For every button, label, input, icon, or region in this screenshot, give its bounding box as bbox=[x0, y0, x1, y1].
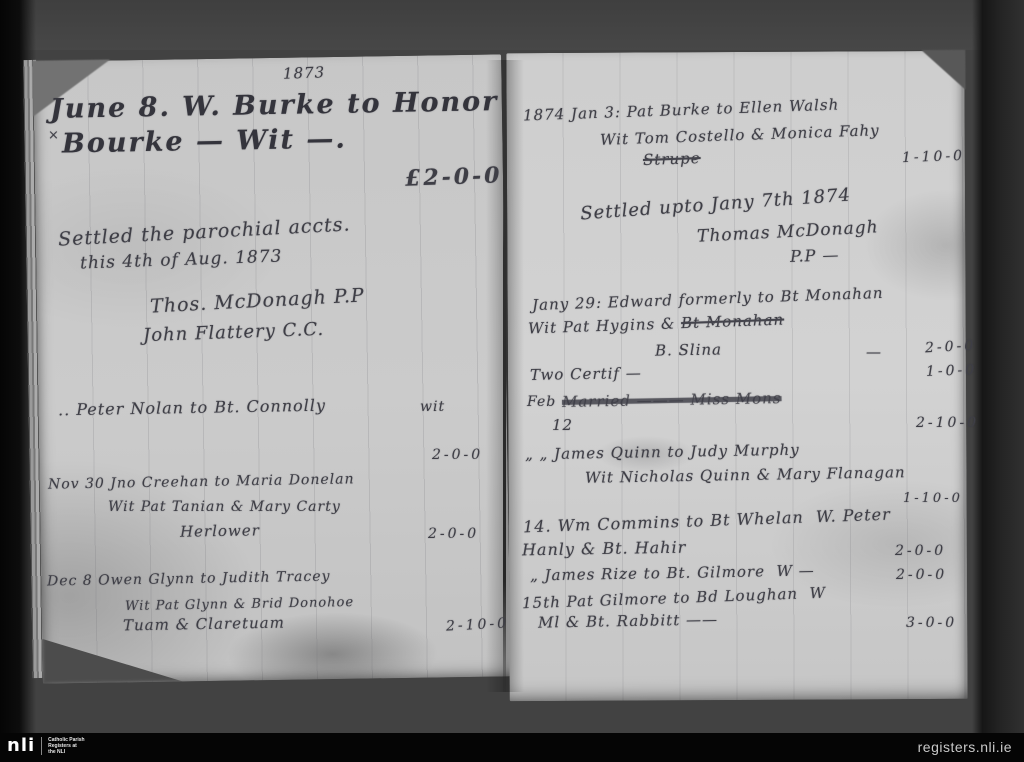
entry-line: Two Certif — bbox=[530, 364, 642, 384]
cross-mark: × bbox=[48, 128, 60, 143]
witness-abbrev: wit bbox=[420, 399, 445, 415]
fee-amount: 1-10-0 bbox=[903, 491, 963, 506]
nli-logo-separator bbox=[41, 737, 42, 755]
footer-bar: nli Catholic Parish Registers at the NLI… bbox=[0, 733, 1024, 762]
book-spine bbox=[503, 140, 506, 692]
fee-amount: 1-10-0 bbox=[902, 148, 966, 166]
place-line: Herlower bbox=[180, 521, 260, 540]
website-watermark: registers.nli.ie bbox=[918, 739, 1012, 755]
fee-amount: 2-0-0 bbox=[896, 567, 947, 583]
fee-amount: 2-10-0 bbox=[916, 415, 979, 431]
fee-amount: 2-10-0 bbox=[446, 615, 510, 634]
witness-line: Wit Pat Tanian & Mary Carty bbox=[108, 499, 341, 515]
photo-background-top bbox=[0, 0, 1024, 50]
fee-amount: 3-0-0 bbox=[906, 615, 957, 631]
scanned-register-photo: 1873 June 8. W. Burke to Honor × Bourke … bbox=[0, 0, 1024, 762]
fee-amount: 2-0-0 bbox=[895, 543, 946, 559]
nli-logo: nli Catholic Parish Registers at the NLI bbox=[7, 736, 85, 756]
fee-amount: £2-0-0 bbox=[405, 162, 503, 191]
dash-mark: — bbox=[866, 343, 882, 361]
fee-amount: 2-0-0 bbox=[925, 338, 977, 357]
nli-logo-caption: Catholic Parish Registers at the NLI bbox=[48, 737, 84, 755]
entry-line: Bourke — Wit —. bbox=[62, 124, 347, 160]
fee-amount: 1-0-0 bbox=[926, 362, 978, 380]
year-notation: 1873 bbox=[283, 63, 326, 82]
nli-logo-text: nli bbox=[7, 736, 35, 756]
place-line: Tuam & Claretuam bbox=[123, 614, 285, 635]
month-label: Feb bbox=[527, 394, 556, 410]
signature-line: P.P — bbox=[790, 245, 840, 266]
fee-amount: 2-0-0 bbox=[432, 447, 483, 463]
entry-line: Ml & Bt. Rabbitt —— bbox=[538, 610, 718, 631]
fee-amount: 2-0-0 bbox=[428, 526, 479, 542]
struck-witness-name: Bt Monahan bbox=[681, 311, 785, 333]
scribbled-cancelled-line: Married ——— Miss Mons bbox=[562, 389, 782, 411]
entry-line: Hanly & Bt. Hahir bbox=[522, 538, 687, 560]
photo-background-right bbox=[972, 0, 1024, 762]
place-line: B. Slina bbox=[655, 340, 722, 359]
struck-place-line: Strupe bbox=[643, 149, 701, 169]
nli-caption-line: the NLI bbox=[48, 749, 65, 755]
day-number: 12 bbox=[552, 416, 573, 434]
page-corner-fold-top-right bbox=[921, 50, 965, 90]
